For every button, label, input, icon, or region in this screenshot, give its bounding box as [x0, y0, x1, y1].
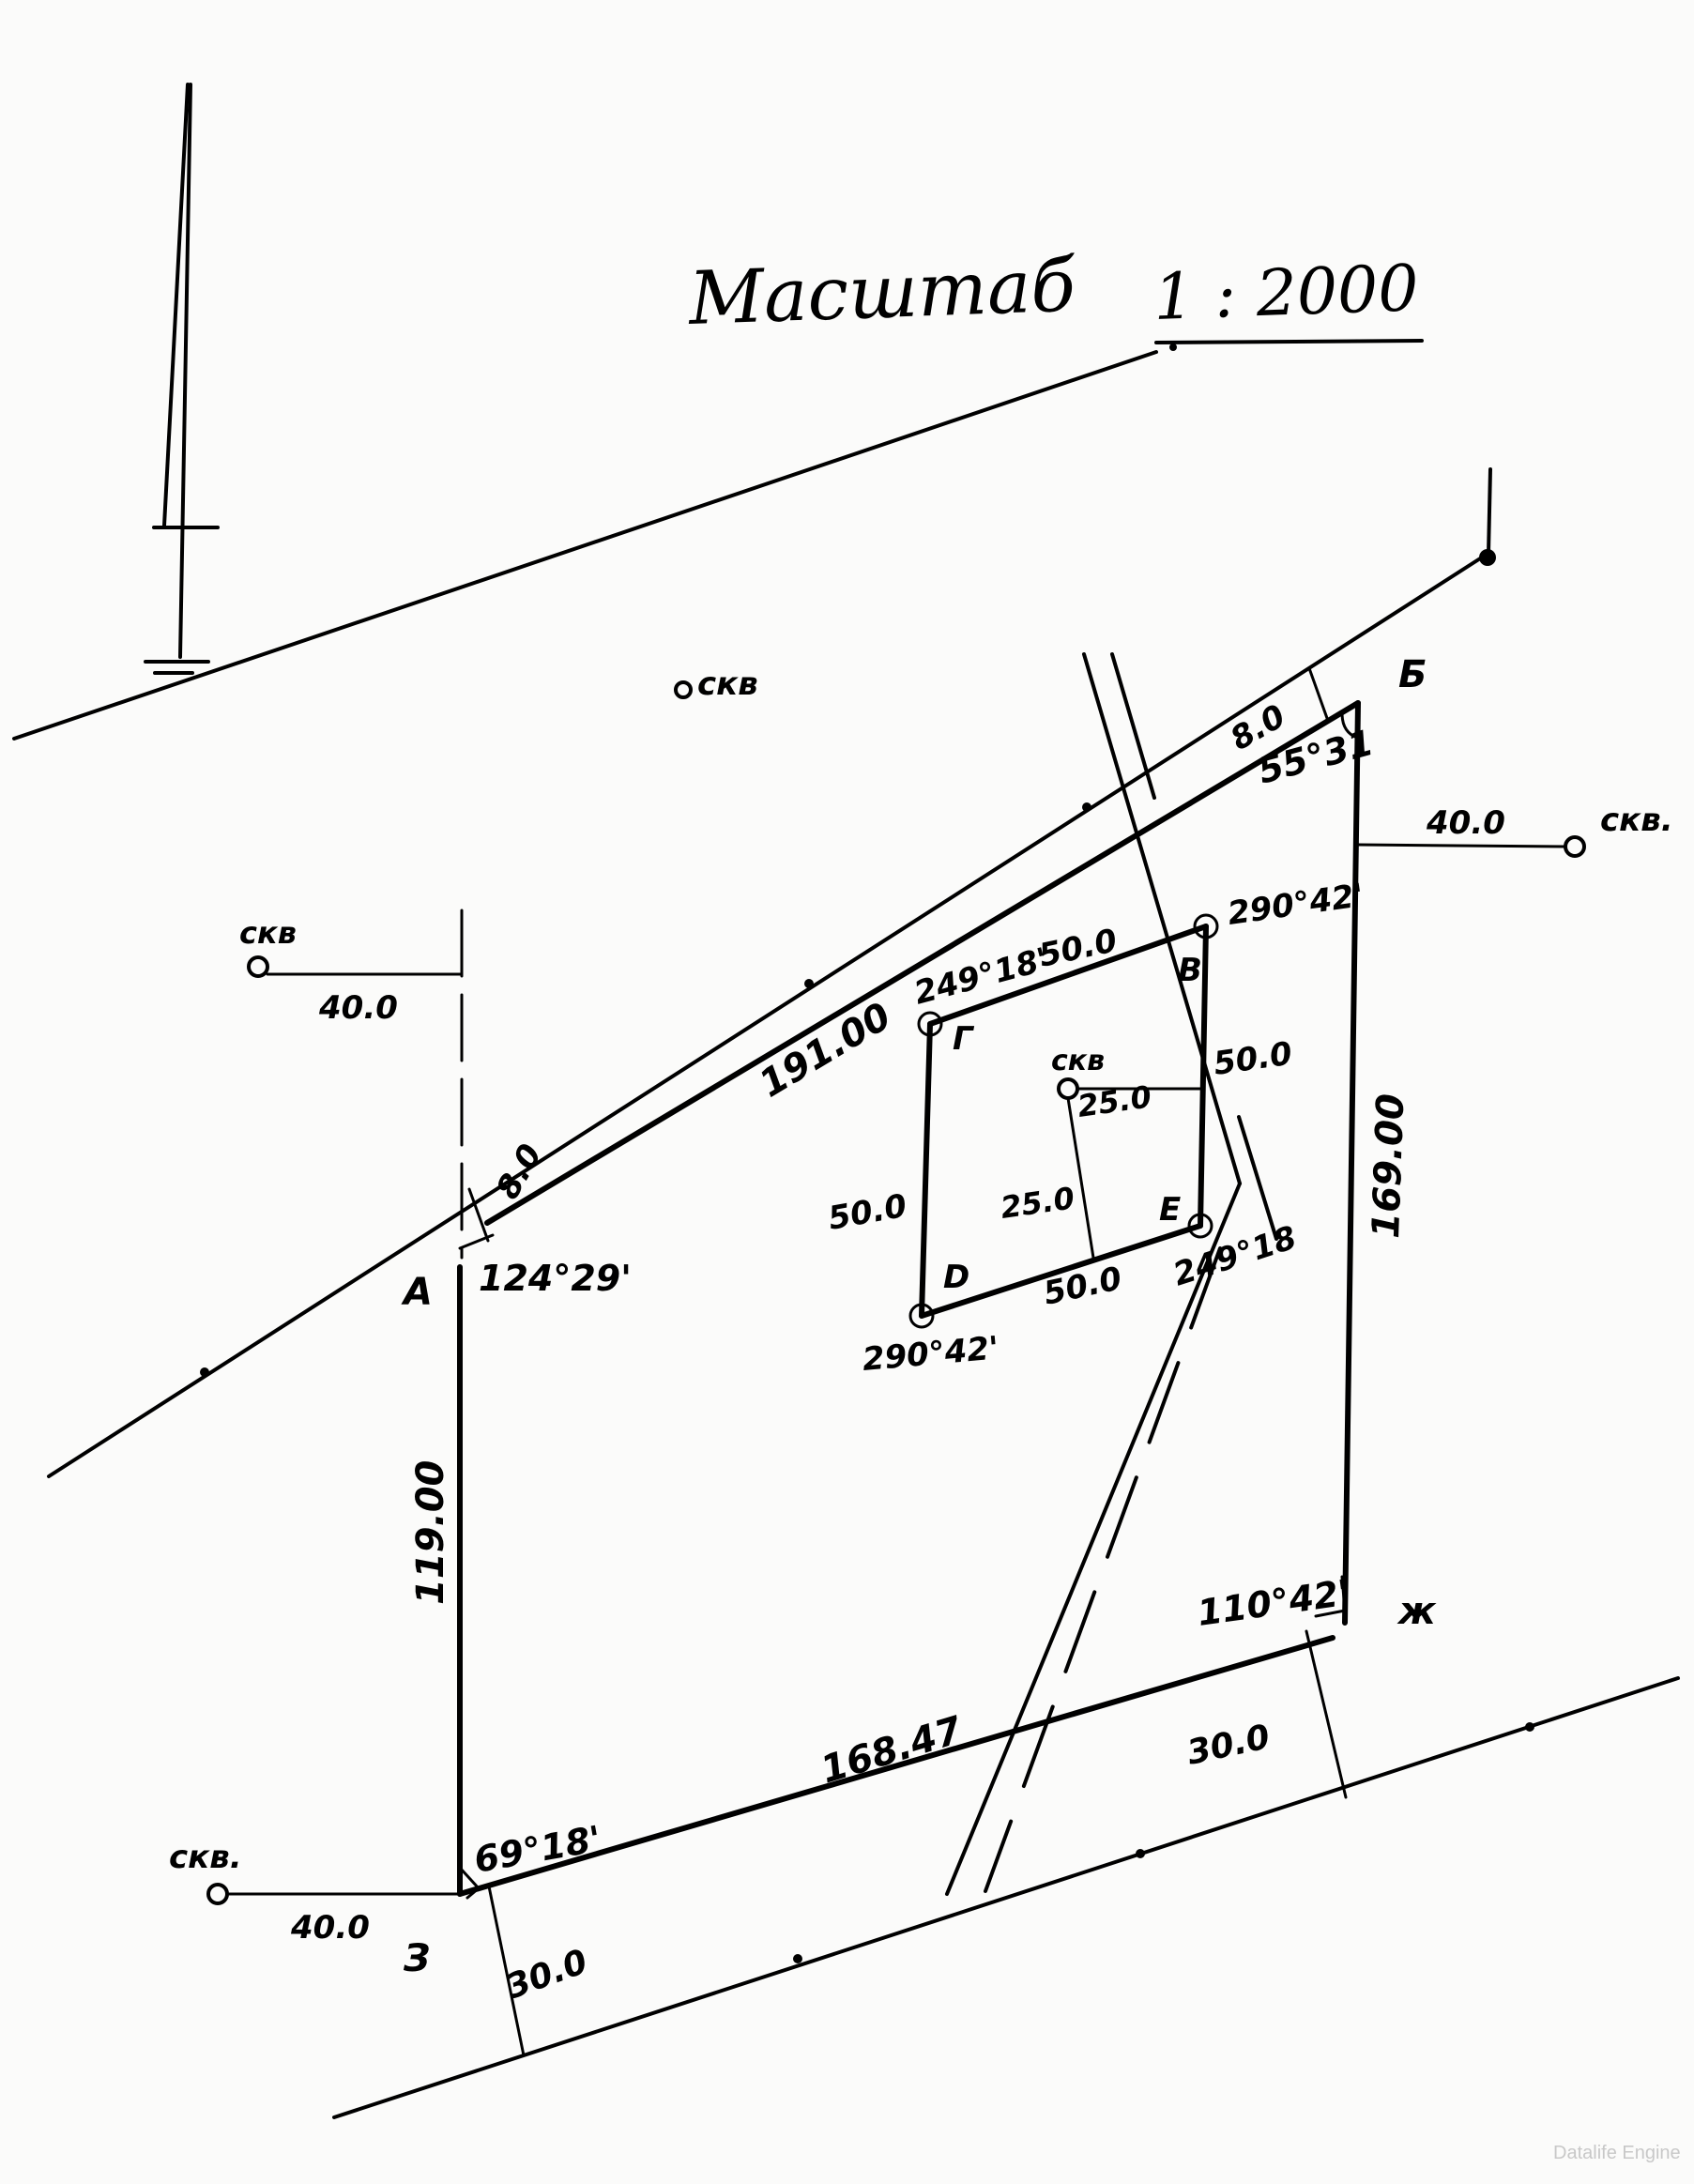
- survey-plan-sheet: Масштаб 1 : 2000: [0, 0, 1694, 2184]
- length-g-v: 50.0: [1036, 922, 1121, 975]
- well-label-left-lower: скв.: [169, 1839, 242, 1876]
- point-label-z: З: [403, 1937, 430, 1980]
- point-label-b: Б: [1398, 653, 1427, 696]
- length-v-e: 50.0: [1212, 1035, 1295, 1083]
- length-d-g: 50.0: [826, 1187, 910, 1238]
- well-label-inner: скв: [1051, 1045, 1105, 1077]
- angle-a: 124°29': [479, 1258, 632, 1299]
- angle-v: 290°42': [1226, 877, 1366, 933]
- scale-value: 1 : 2000: [1152, 252, 1420, 335]
- well-left-lower: [208, 1885, 460, 1903]
- length-b-zh: 169.00: [1365, 1092, 1412, 1239]
- survey-plan-drawing: Масштаб 1 : 2000: [0, 0, 1694, 2184]
- point-label-e: Е: [1159, 1191, 1181, 1229]
- angle-g: 249°18': [910, 940, 1052, 1012]
- angle-zh: 110°42': [1195, 1572, 1351, 1634]
- well-label-top: скв: [697, 665, 758, 703]
- angle-arcs: [460, 713, 1357, 1898]
- offset-well-left-upper: 40.0: [318, 989, 398, 1027]
- scale-label: Масштаб: [686, 244, 1077, 342]
- length-z-a: 119.00: [409, 1460, 452, 1605]
- north-arrow-icon: [145, 84, 218, 673]
- offset-road-bottom-left: 30.0: [501, 1943, 592, 2008]
- well-left-upper: [249, 957, 462, 976]
- length-e-d: 50.0: [1041, 1260, 1125, 1313]
- offset-well-right: 40.0: [1426, 804, 1505, 842]
- point-label-d: D: [943, 1259, 969, 1296]
- well-label-left-upper: скв: [239, 915, 297, 951]
- point-label-a: А: [401, 1271, 433, 1314]
- offset-road-top-left: 8.0: [489, 1138, 550, 1205]
- well-top: [676, 682, 691, 697]
- road-bottom: [334, 1678, 1678, 2117]
- point-label-v: В: [1178, 952, 1202, 989]
- offset-road-bottom-right: 30.0: [1183, 1718, 1273, 1773]
- watermark: Datalife Engine: [1553, 2143, 1681, 2163]
- well-offset-side: 25.0: [1076, 1078, 1153, 1124]
- scale-title: Масштаб 1 : 2000: [686, 244, 1420, 342]
- length-zh-z: 168.47: [816, 1708, 967, 1792]
- point-label-g: Г: [953, 1020, 975, 1058]
- offset-well-left-lower: 40.0: [290, 1909, 370, 1947]
- well-label-right: скв.: [1600, 802, 1673, 839]
- angle-d: 290°42': [861, 1329, 1000, 1379]
- point-label-zh: ж: [1396, 1590, 1437, 1633]
- well-offset-bottom: 25.0: [999, 1180, 1076, 1226]
